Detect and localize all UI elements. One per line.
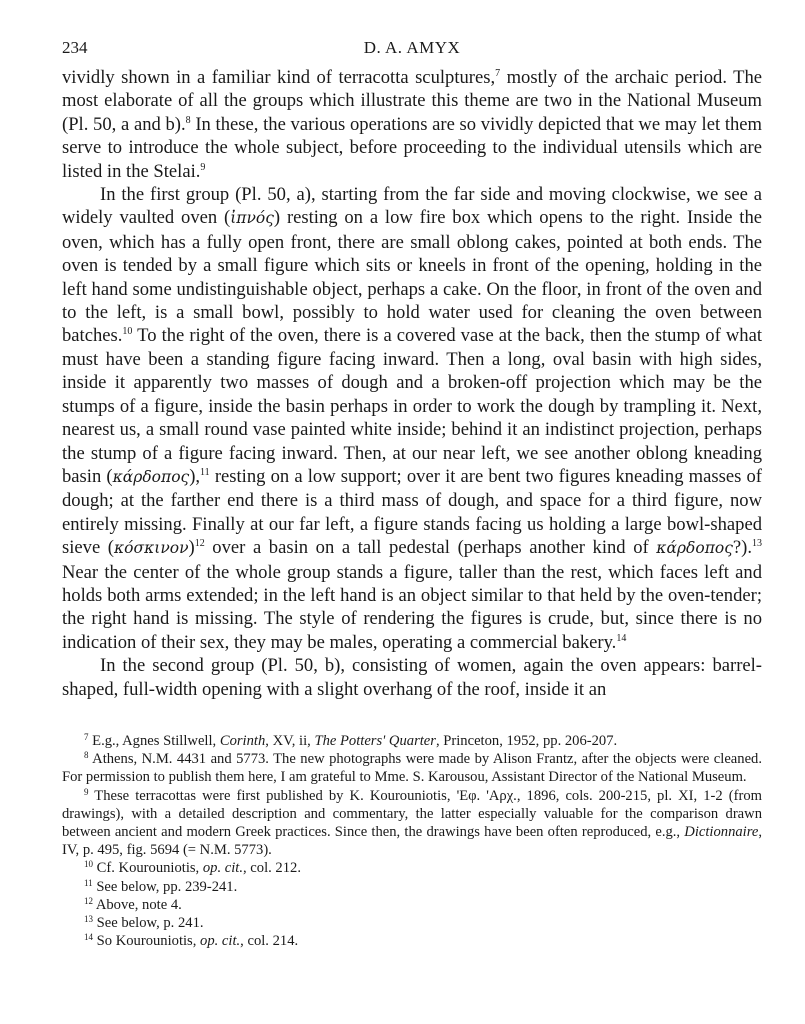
running-head-author: D. A. AMYX	[62, 38, 762, 58]
footnote-ref-14[interactable]: 14	[616, 633, 626, 644]
greek-term: κάρδοπος	[113, 468, 190, 486]
footnote-7: 7 E.g., Agnes Stillwell, Corinth, XV, ii…	[62, 732, 762, 750]
running-head: 234 D. A. AMYX	[62, 38, 762, 62]
footnotes: 7 E.g., Agnes Stillwell, Corinth, XV, ii…	[62, 732, 762, 950]
body-text: vividly shown in a familiar kind of terr…	[62, 66, 762, 701]
footnote-12: 12 Above, note 4.	[62, 896, 762, 914]
greek-term: κόσκινον	[114, 539, 189, 557]
footnote-ref-10[interactable]: 10	[122, 326, 132, 337]
greek-term: κάρδοπος	[656, 539, 733, 557]
footnote-ref-13[interactable]: 13	[752, 538, 762, 549]
footnote-ref-12[interactable]: 12	[195, 538, 205, 549]
paragraph-2: In the first group (Pl. 50, a), starting…	[62, 183, 762, 654]
footnote-ref-9[interactable]: 9	[200, 162, 205, 173]
footnote-11: 11 See below, pp. 239-241.	[62, 878, 762, 896]
footnote-ref-11[interactable]: 11	[200, 467, 210, 478]
footnote-8: 8 Athens, N.M. 4431 and 5773. The new ph…	[62, 750, 762, 786]
footnote-13: 13 See below, p. 241.	[62, 914, 762, 932]
greek-term: ἰπνός	[230, 209, 274, 227]
footnote-10: 10 Cf. Kourouniotis, op. cit., col. 212.	[62, 859, 762, 877]
paragraph-1: vividly shown in a familiar kind of terr…	[62, 66, 762, 183]
paragraph-3: In the second group (Pl. 50, b), consist…	[62, 654, 762, 701]
footnote-14: 14 So Kourouniotis, op. cit., col. 214.	[62, 932, 762, 950]
footnote-9: 9 These terracottas were first published…	[62, 787, 762, 860]
